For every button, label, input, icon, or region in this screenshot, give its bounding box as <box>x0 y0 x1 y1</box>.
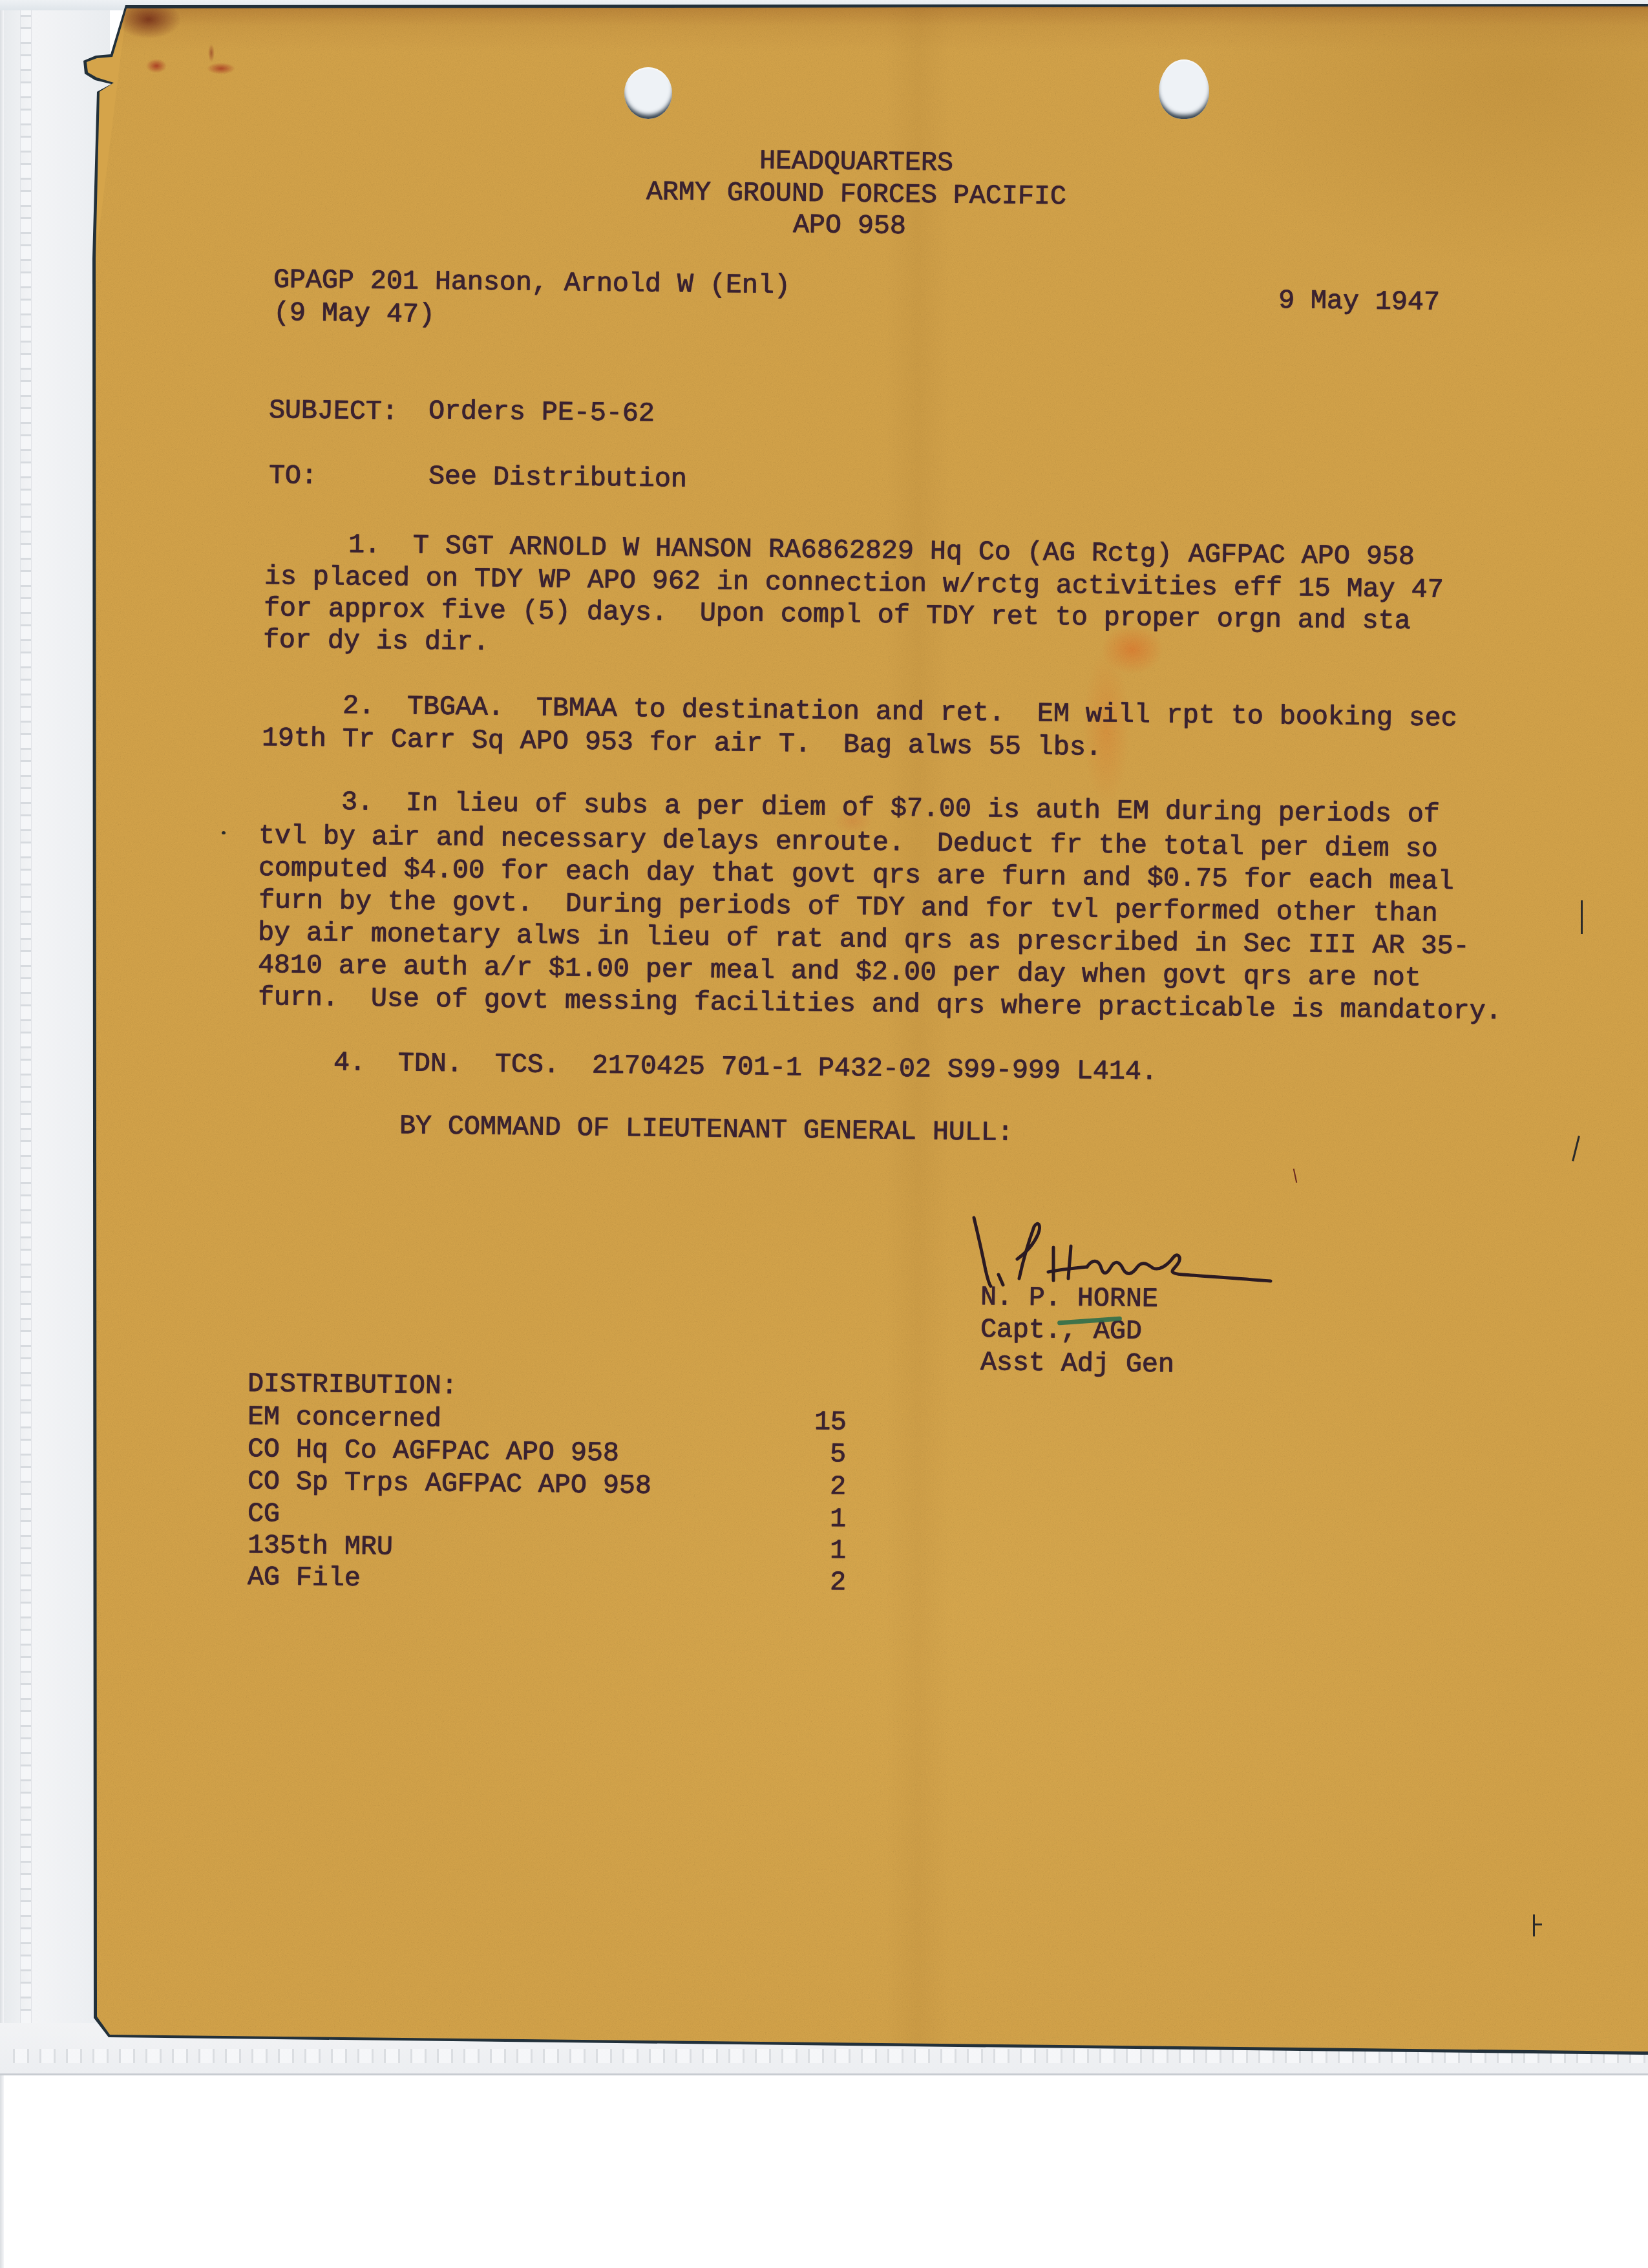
letterhead-organization: ARMY GROUND FORCES PACIFIC <box>646 176 1066 213</box>
file-reference-date: (9 May 47) <box>273 297 436 331</box>
sleeve-edge <box>0 0 4 2268</box>
distribution-copies: 2 <box>830 1566 847 1598</box>
distribution-copies: 15 <box>814 1406 847 1439</box>
distribution-heading: DISTRIBUTION: <box>248 1368 458 1403</box>
distribution-copies: 5 <box>830 1438 847 1470</box>
distribution-copies: 2 <box>830 1470 847 1503</box>
stray-ink-mark <box>1533 1914 1535 1936</box>
distribution-recipient: CO Sp Trps AGFPAC APO 958 <box>248 1465 651 1502</box>
distribution-copies: 1 <box>830 1503 847 1535</box>
subject-value: Orders PE-5-62 <box>428 395 655 430</box>
subject-label: SUBJECT: <box>269 394 399 428</box>
distribution-recipient: AG File <box>248 1561 361 1595</box>
stray-ink-dot <box>222 831 226 834</box>
file-reference: GPAGP 201 Hanson, Arnold W (Enl) <box>273 264 790 302</box>
distribution-copies: 1 <box>830 1534 847 1567</box>
document-date: 9 May 1947 <box>1278 284 1441 319</box>
stray-ink-mark <box>1581 900 1583 934</box>
stray-ink-mark <box>1533 1924 1542 1925</box>
sleeve-perforation-left <box>20 0 32 2049</box>
to-value: See Distribution <box>428 460 688 496</box>
signer-title: Asst Adj Gen <box>980 1346 1175 1381</box>
signer-name: N. P. HORNE <box>980 1281 1159 1315</box>
paragraph-line: for dy is dir. <box>263 624 490 659</box>
distribution-recipient: EM concerned <box>248 1401 442 1435</box>
distribution-recipient: CG <box>248 1498 280 1531</box>
letterhead-apo: APO 958 <box>793 209 907 242</box>
letterhead-headquarters: HEADQUARTERS <box>759 145 954 179</box>
punch-hole-right <box>1159 59 1209 119</box>
distribution-recipient: 135th MRU <box>248 1529 394 1563</box>
distribution-recipient: CO Hq Co AGFPAC APO 958 <box>248 1433 619 1470</box>
to-label: TO: <box>269 460 318 493</box>
punch-hole-left <box>624 67 672 119</box>
